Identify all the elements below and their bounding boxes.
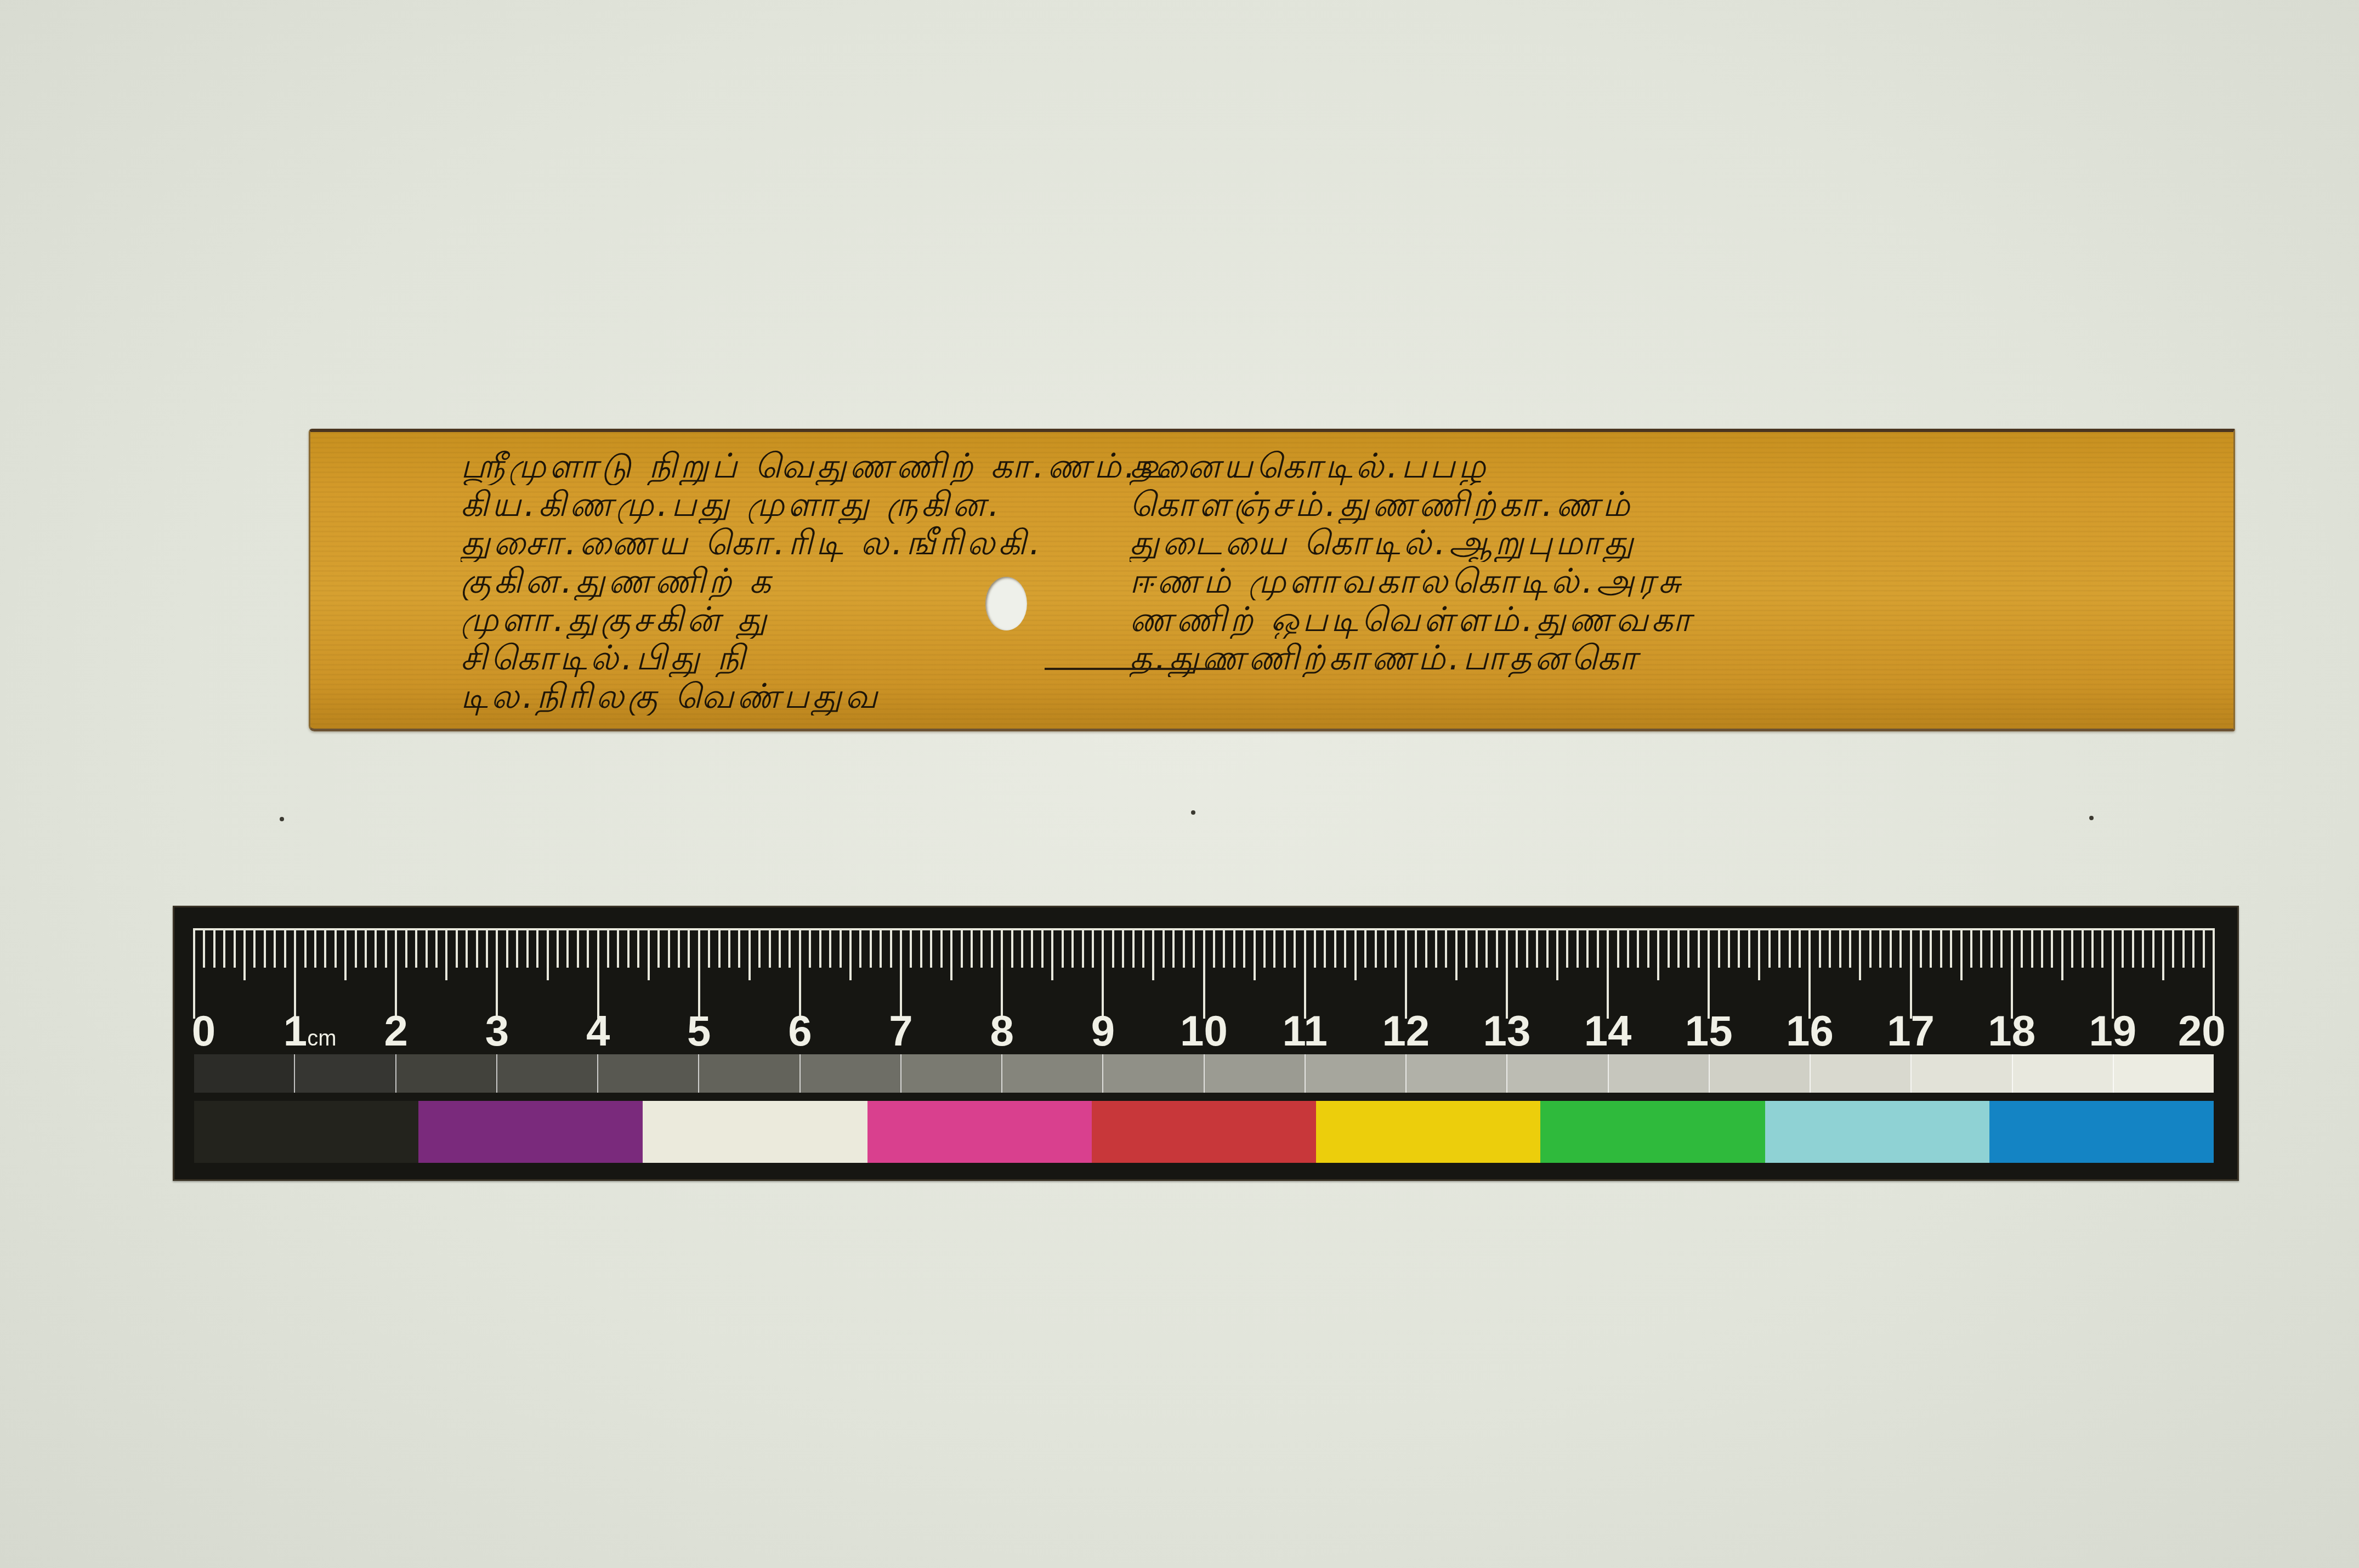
ruler-tick: [2142, 928, 2144, 968]
ruler-tick: [1415, 928, 1417, 968]
ruler-tick: [365, 928, 367, 968]
ruler-tick: [1183, 928, 1185, 968]
ruler-tick: [1597, 928, 1599, 968]
ruler-tick: [1778, 928, 1780, 968]
ruler-tick: [1031, 928, 1033, 968]
ruler-tick: [1021, 928, 1023, 968]
ruler-tick: [1627, 928, 1629, 968]
ruler-tick: [486, 928, 488, 968]
color-patch-black: [194, 1101, 418, 1163]
ruler-tick: [2051, 928, 2053, 968]
ruler-tick: [2132, 928, 2134, 968]
ruler-tick: [880, 928, 882, 968]
ruler-tick: [1940, 928, 1942, 968]
ruler-tick: [274, 928, 276, 968]
color-patch-yellow: [1316, 1101, 1540, 1163]
ruler-tick: [637, 928, 639, 968]
ruler-label: 18: [1988, 1001, 2035, 1061]
ruler-tick: [950, 928, 952, 980]
ruler-tick: [1082, 928, 1084, 968]
ruler-label: 16: [1786, 1001, 1834, 1061]
ruler-tick: [789, 928, 791, 968]
ruler-tick: [1011, 928, 1013, 968]
ruler-tick: [1465, 928, 1467, 968]
ruler-label: 19: [2089, 1001, 2136, 1061]
ruler-tick: [1445, 928, 1447, 968]
ruler-tick: [940, 928, 943, 968]
gray-patch: [395, 1054, 496, 1093]
ruler-tick: [203, 928, 205, 968]
ruler-label: 2: [384, 1001, 408, 1061]
text-line: ஈணம் முளாவகாலகொடில்.அரசு: [1130, 562, 1694, 600]
ruler-tick: [1991, 928, 1993, 968]
text-line: துசைா.ணைய கொ.ரிடி ல.ஙீரிலகி.: [461, 524, 1173, 562]
ruler-tick: [2082, 928, 2084, 968]
ruler-tick: [1425, 928, 1427, 968]
ruler-tick: [213, 928, 216, 968]
gray-patch: [799, 1054, 900, 1093]
ruler-tick: [2021, 928, 2023, 968]
ruler-tick: [1263, 928, 1266, 968]
ruler-tick: [738, 928, 740, 968]
ruler-tick: [426, 928, 428, 968]
text-line: சிகொடில்.பிது நி: [461, 639, 1173, 677]
ruler-tick: [1758, 928, 1760, 980]
dust-speck: [2089, 816, 2094, 820]
ruler-tick: [324, 928, 326, 968]
ruler-tick: [1980, 928, 1982, 968]
ruler-tick: [1041, 928, 1044, 968]
color-patch-blue: [1989, 1101, 2214, 1163]
color-patch-magenta: [867, 1101, 1092, 1163]
ruler-tick: [2182, 928, 2185, 968]
gray-patch: [698, 1054, 799, 1093]
ruler-label: 14: [1584, 1001, 1632, 1061]
ruler-tick: [1273, 928, 1275, 968]
ruler-tick: [1657, 928, 1659, 980]
text-end-line: [1045, 668, 1226, 670]
ruler-tick: [980, 928, 983, 968]
ruler-tick: [1233, 928, 1235, 968]
ruler-tick: [223, 928, 225, 968]
gray-patch: [900, 1054, 1001, 1093]
ruler-tick: [1152, 928, 1154, 980]
ruler-tick: [2041, 928, 2043, 968]
ruler-tick: [1132, 928, 1135, 968]
ruler-tick: [2000, 928, 2003, 968]
ruler-label: 3: [485, 1001, 509, 1061]
ruler-tick: [1698, 928, 1700, 968]
ruler-tick: [1294, 928, 1296, 968]
ruler-label: 7: [889, 1001, 912, 1061]
ruler-tick: [314, 928, 316, 968]
text-line: துடையை கொடில்.ஆறுபுமாது: [1130, 524, 1694, 562]
ruler-tick: [1071, 928, 1074, 968]
ruler-label: 8: [990, 1001, 1013, 1061]
ruler-tick: [1062, 928, 1064, 968]
ruler-tick: [2101, 928, 2103, 968]
ruler-tick: [243, 928, 246, 980]
ruler-label: 13: [1483, 1001, 1531, 1061]
ruler-tick: [375, 928, 377, 968]
ruler-tick: [708, 928, 710, 968]
ruler-tick: [2031, 928, 2033, 968]
gray-patch: [1001, 1054, 1102, 1093]
ruler-tick: [769, 928, 771, 968]
ruler-tick: [1647, 928, 1649, 968]
color-patch-purple: [418, 1101, 643, 1163]
ruler-tick: [991, 928, 993, 968]
ruler-tick: [1960, 928, 1963, 980]
ruler-tick: [344, 928, 347, 980]
ruler-tick: [234, 928, 236, 968]
ruler-tick: [284, 928, 286, 968]
ruler-tick: [1920, 928, 1922, 968]
gray-patch: [1305, 1054, 1405, 1093]
ruler-tick: [1112, 928, 1114, 968]
ruler-tick: [547, 928, 549, 980]
ruler-tick: [1375, 928, 1377, 968]
ruler-tick: [890, 928, 892, 968]
text-line: தனையகொடில்.பபழ: [1130, 447, 1694, 485]
ruler-tick: [516, 928, 518, 968]
ruler-label: 0: [192, 1001, 216, 1061]
ruler-tick: [1819, 928, 1821, 968]
gray-patch: [2113, 1054, 2214, 1093]
ruler-tick: [1435, 928, 1437, 968]
ruler-tick: [1556, 928, 1558, 980]
ruler-tick: [668, 928, 670, 968]
ruler-tick: [577, 928, 579, 968]
ruler-tick: [557, 928, 559, 968]
ruler-label: 10: [1180, 1001, 1228, 1061]
ruler-tick: [1789, 928, 1791, 968]
ruler-tick: [1364, 928, 1366, 968]
ruler-tick: [1748, 928, 1750, 968]
ruler-tick: [961, 928, 963, 968]
ruler-tick: [264, 928, 266, 968]
ruler-tick: [1213, 928, 1215, 968]
ruler-tick: [2071, 928, 2073, 968]
ruler-tick: [2203, 928, 2205, 968]
text-line: த.துணணிற்காணம்.பாதனகொ: [1130, 639, 1694, 677]
ruler-tick: [2061, 928, 2063, 980]
ruler-tick: [1516, 928, 1518, 968]
gray-patch: [1810, 1054, 1910, 1093]
ruler-tick: [1455, 928, 1458, 980]
ruler-labels: 01cm234567891011121314151617181920: [194, 1001, 2214, 1061]
text-line: முளா.துகுசகின் து: [461, 600, 1173, 639]
ruler-label: 9: [1091, 1001, 1115, 1061]
ruler-tick: [1485, 928, 1488, 968]
ruler-tick: [1829, 928, 1831, 968]
ruler-tick: [1970, 928, 1972, 968]
ruler-tick: [1728, 928, 1730, 968]
ruler-tick: [1172, 928, 1175, 968]
ruler-tick: [748, 928, 751, 980]
ruler-tick: [2152, 928, 2154, 968]
ruler-unit-label: cm: [307, 1026, 336, 1050]
manuscript-text-right: தனையகொடில்.பபழ கொளஞ்சம்.துணணிற்கா.ணம் து…: [1130, 447, 1694, 677]
ruler-label: 11: [1282, 1001, 1327, 1061]
ruler-tick: [1496, 928, 1498, 968]
ruler-tick: [840, 928, 842, 968]
gray-patch: [1910, 1054, 2011, 1093]
ruler-tick: [1839, 928, 1841, 968]
ruler-tick: [1193, 928, 1195, 968]
ruler-tick: [829, 928, 831, 968]
ruler-tick: [2172, 928, 2174, 968]
ruler-tick: [1577, 928, 1579, 968]
ruler-tick: [1092, 928, 1094, 968]
ruler-tick: [1536, 928, 1538, 968]
ruler-tick: [1254, 928, 1256, 980]
ruler-tick: [2162, 928, 2164, 980]
ruler-label: 15: [1685, 1001, 1733, 1061]
gray-patch: [194, 1054, 294, 1093]
ruler-tick: [758, 928, 761, 968]
ruler-tick: [1385, 928, 1387, 968]
ruler-tick: [1354, 928, 1357, 980]
ruler-tick: [849, 928, 852, 980]
ruler-tick: [1546, 928, 1549, 968]
ruler-tick: [910, 928, 912, 968]
ruler-tick: [1284, 928, 1286, 968]
ruler-tick: [1334, 928, 1336, 968]
ruler-tick: [2122, 928, 2124, 968]
color-patch-green: [1540, 1101, 1765, 1163]
ruler-tick: [678, 928, 680, 968]
ruler-tick: [435, 928, 438, 968]
ruler-tick: [688, 928, 690, 968]
ruler-tick: [385, 928, 387, 968]
ruler-tick: [1849, 928, 1851, 968]
ruler-tick: [1223, 928, 1225, 968]
ruler-tick: [1899, 928, 1902, 968]
gray-patch: [496, 1054, 597, 1093]
manuscript-text-left: ஸ்ரீமுளாடு நிறுப் வெதுணணிற் கா.ணம்.உ கிய…: [461, 447, 1173, 715]
ruler-tick: [859, 928, 861, 968]
ruler-tick: [1394, 928, 1397, 968]
ruler-tick: [334, 928, 337, 968]
gray-patch: [2012, 1054, 2113, 1093]
ruler-tick: [1869, 928, 1872, 968]
color-calibration-strip: [194, 1101, 2214, 1163]
ruler-tick: [1122, 928, 1124, 968]
ruler-tick: [718, 928, 721, 968]
ruler-tick: [2091, 928, 2094, 968]
ruler-tick: [607, 928, 609, 968]
gray-patch: [1709, 1054, 1810, 1093]
ruler-tick: [2192, 928, 2194, 968]
ruler-tick: [1051, 928, 1053, 980]
ruler-label: 4: [586, 1001, 610, 1061]
ruler-tick: [566, 928, 569, 968]
ruler-label: 6: [788, 1001, 812, 1061]
ruler-tick: [1566, 928, 1568, 968]
gray-patch: [1204, 1054, 1305, 1093]
ruler-tick: [415, 928, 417, 968]
ruler-tick: [648, 928, 650, 980]
gray-patch: [294, 1054, 395, 1093]
ruler-tick: [971, 928, 973, 968]
ruler-tick: [476, 928, 478, 968]
ruler-tick: [1163, 928, 1165, 968]
ruler-tick: [405, 928, 407, 968]
ruler-tick: [1617, 928, 1619, 968]
ruler-tick: [930, 928, 932, 968]
ruler-label: 20: [2178, 1001, 2226, 1061]
text-line: டில.நிரிலகு வெண்பதுவ: [461, 677, 1173, 715]
ruler-tick: [536, 928, 538, 968]
gray-patch: [1102, 1054, 1203, 1093]
ruler-tick: [1344, 928, 1346, 968]
ruler-tick: [304, 928, 307, 968]
gray-patch: [1405, 1054, 1506, 1093]
ruler-tick: [456, 928, 458, 968]
scale-ruler: 01cm234567891011121314151617181920: [173, 906, 2239, 1181]
ruler-tick: [870, 928, 872, 968]
ruler-label: 5: [687, 1001, 711, 1061]
ruler-tick: [1950, 928, 1952, 968]
text-line: ஸ்ரீமுளாடு நிறுப் வெதுணணிற் கா.ணம்.உ: [461, 447, 1173, 485]
ruler-tick: [1799, 928, 1801, 968]
ruler-tick: [1930, 928, 1932, 968]
ruler-tick: [1314, 928, 1316, 968]
ruler-tick: [1738, 928, 1740, 968]
gray-scale-strip: [194, 1054, 2214, 1093]
dust-speck: [1191, 810, 1195, 815]
color-patch-cyan: [1765, 1101, 1989, 1163]
ruler-label: 12: [1382, 1001, 1430, 1061]
ruler-tick: [1879, 928, 1881, 968]
text-line: குகின.துணணிற் க: [461, 562, 1173, 600]
ruler-tick: [1687, 928, 1689, 968]
ruler-tick: [1718, 928, 1720, 968]
ruler-tick: [1476, 928, 1478, 968]
dust-speck: [280, 817, 284, 821]
color-patch-white: [643, 1101, 867, 1163]
ruler-tick: [355, 928, 357, 968]
gray-patch: [597, 1054, 698, 1093]
gray-patch: [1506, 1054, 1607, 1093]
ruler-tick: [587, 928, 589, 968]
gray-patch: [1608, 1054, 1709, 1093]
ruler-tick: [657, 928, 660, 968]
ruler-tick: [466, 928, 468, 968]
ruler-tick: [728, 928, 730, 968]
ruler-tick: [1768, 928, 1771, 968]
ruler-tick: [1526, 928, 1528, 968]
ruler-tick: [1586, 928, 1589, 968]
text-line: ணணிற் ஒபடிவெள்ளம்.துணவகா: [1130, 600, 1694, 639]
ruler-tick: [1243, 928, 1245, 968]
ruler-tick: [253, 928, 256, 968]
ruler-tick: [920, 928, 922, 968]
ruler-tick: [809, 928, 811, 968]
ruler-tick: [506, 928, 508, 968]
ruler-tick: [1668, 928, 1670, 968]
ruler-tick: [617, 928, 619, 968]
text-line: கொளஞ்சம்.துணணிற்கா.ணம்: [1130, 485, 1694, 524]
ruler-tick: [445, 928, 447, 980]
ruler-tick: [526, 928, 529, 968]
ruler-tick: [779, 928, 781, 968]
color-patch-red: [1092, 1101, 1316, 1163]
ruler-tick: [1677, 928, 1680, 968]
ruler-tick: [1142, 928, 1144, 968]
ruler-tick: [1859, 928, 1861, 980]
ruler-tick: [1637, 928, 1639, 968]
ruler-tick: [819, 928, 821, 968]
text-line: கிய.கிணமு.பது முளாது ருகின.: [461, 485, 1173, 524]
ruler-tick: [1324, 928, 1326, 968]
ruler-tick: [627, 928, 630, 968]
ruler-tick: [1890, 928, 1892, 968]
ruler-label: 17: [1887, 1001, 1935, 1061]
